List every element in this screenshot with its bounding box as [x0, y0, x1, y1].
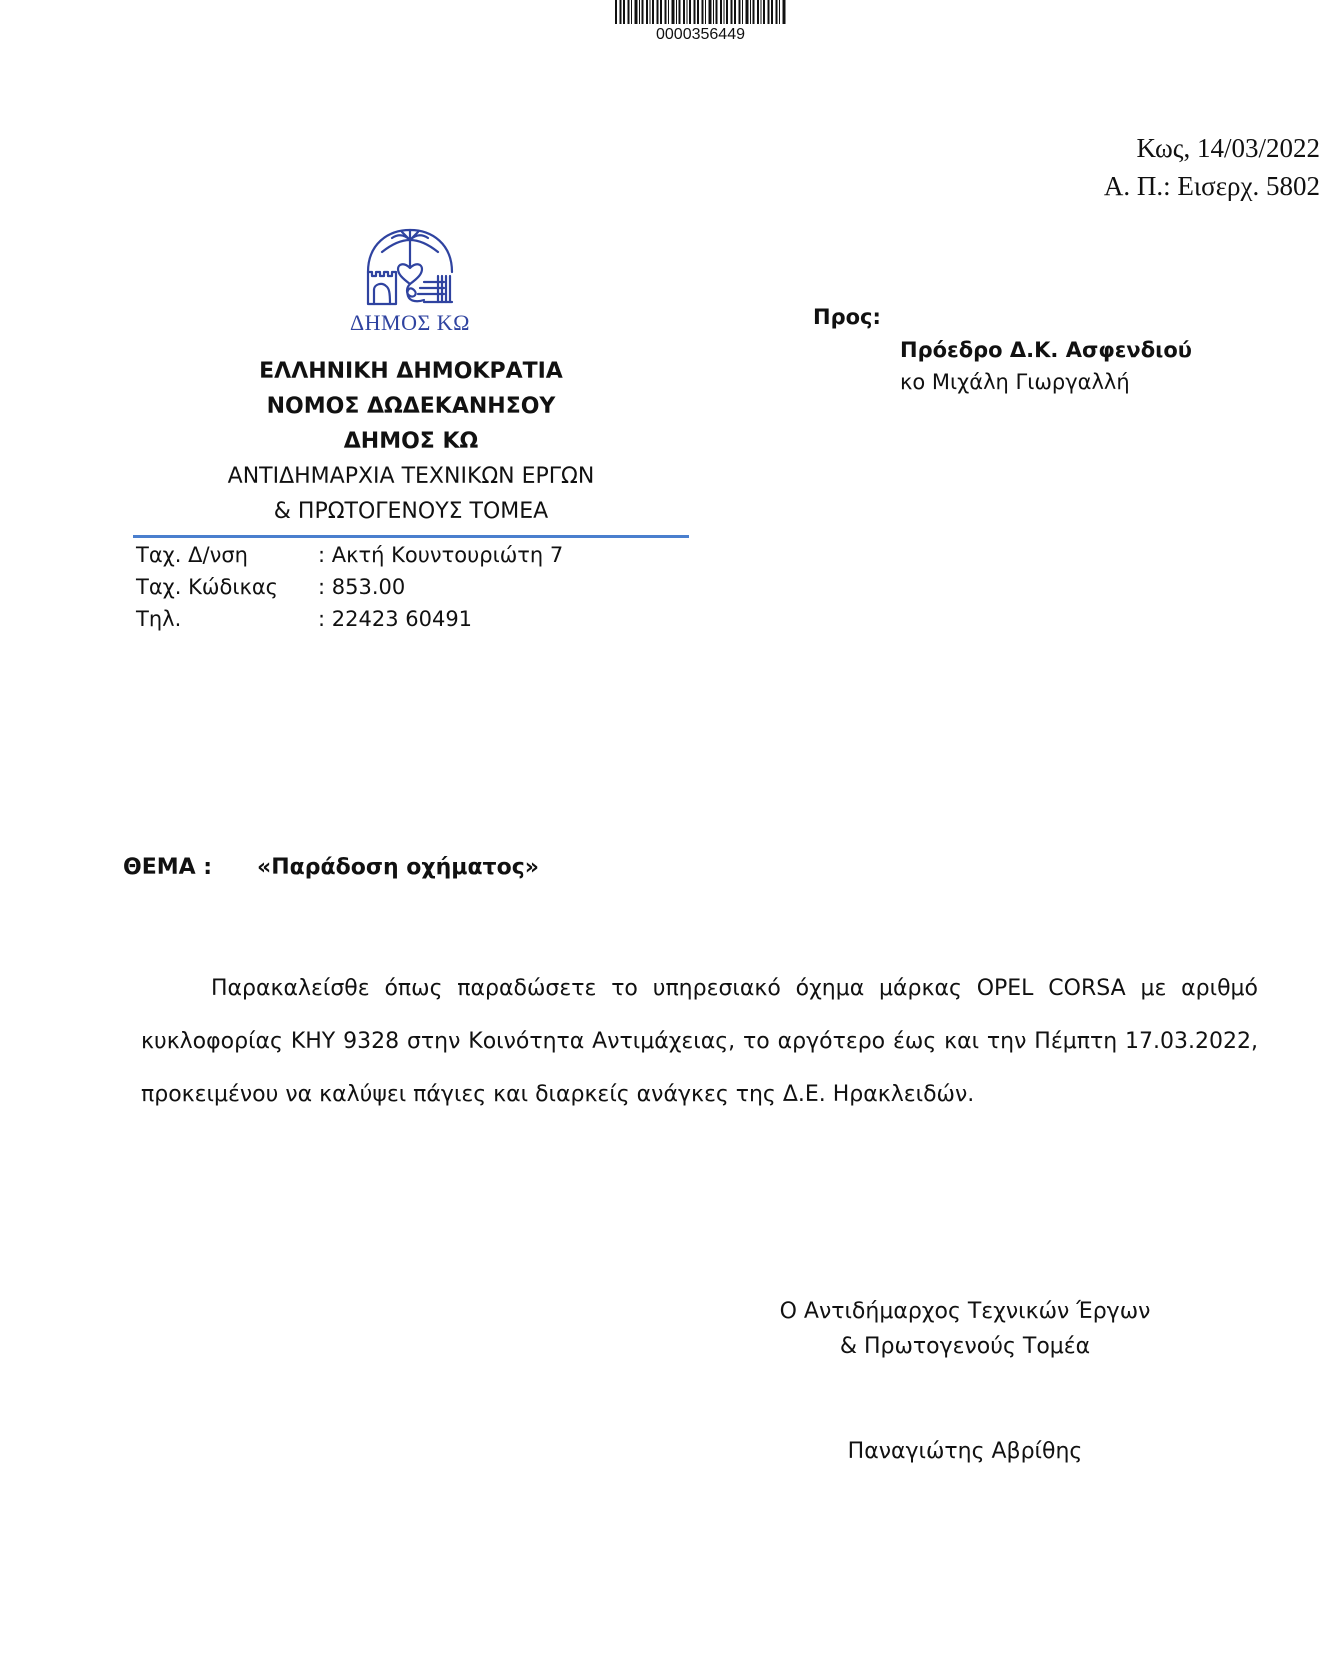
phone-label: Τηλ. — [136, 607, 181, 631]
header-prefecture: ΝΟΜΟΣ ΔΩΔΕΚΑΝΗΣΟΥ — [133, 394, 689, 419]
phone-value: : 22423 60491 — [318, 607, 472, 631]
body-paragraph: Παρακαλείσθε όπως παραδώσετε το υπηρεσια… — [141, 962, 1258, 1121]
recipient-title: Πρόεδρο Δ.Κ. Ασφενδιού — [900, 338, 1192, 362]
logo-text: ΔΗΜΟΣ ΚΩ — [310, 310, 510, 336]
municipality-of-kos-logo-icon — [362, 226, 458, 306]
header-department: ΑΝΤΙΔΗΜΑΡΧΙΑ ΤΕΧΝΙΚΩΝ ΕΡΓΩΝ — [133, 464, 689, 489]
signatory-title-sub: & Πρωτογενούς Τομέα — [740, 1334, 1190, 1359]
address-value: : Ακτή Κουντουριώτη 7 — [318, 543, 563, 567]
address-label: Ταχ. Δ/νση — [136, 543, 248, 567]
postal-code-value: : 853.00 — [318, 575, 405, 599]
header-divider — [133, 535, 689, 538]
document-date: Κως, 14/03/2022 — [1137, 133, 1320, 164]
header-country: ΕΛΛΗΝΙΚΗ ΔΗΜΟΚΡΑΤΙΑ — [133, 359, 689, 384]
recipient-label: Προς: — [813, 305, 881, 329]
barcode-number: 0000356449 — [613, 26, 788, 44]
barcode-icon — [613, 0, 788, 24]
protocol-number: Α. Π.: Εισερχ. 5802 — [1104, 171, 1320, 202]
postal-code-label: Ταχ. Κώδικας — [136, 575, 278, 599]
recipient-name: κο Μιχάλη Γιωργαλλή — [900, 370, 1130, 394]
subject-value: «Παράδοση οχήματος» — [257, 855, 539, 880]
signatory-title: Ο Αντιδήμαρχος Τεχνικών Έργων — [740, 1299, 1190, 1324]
header-municipality: ΔΗΜΟΣ ΚΩ — [133, 429, 689, 454]
signatory-name: Παναγιώτης Αβρίθης — [740, 1439, 1190, 1464]
header-department-sub: & ΠΡΩΤΟΓΕΝΟΥΣ ΤΟΜΕΑ — [133, 499, 689, 524]
subject-label: ΘΕΜΑ : — [123, 855, 212, 880]
